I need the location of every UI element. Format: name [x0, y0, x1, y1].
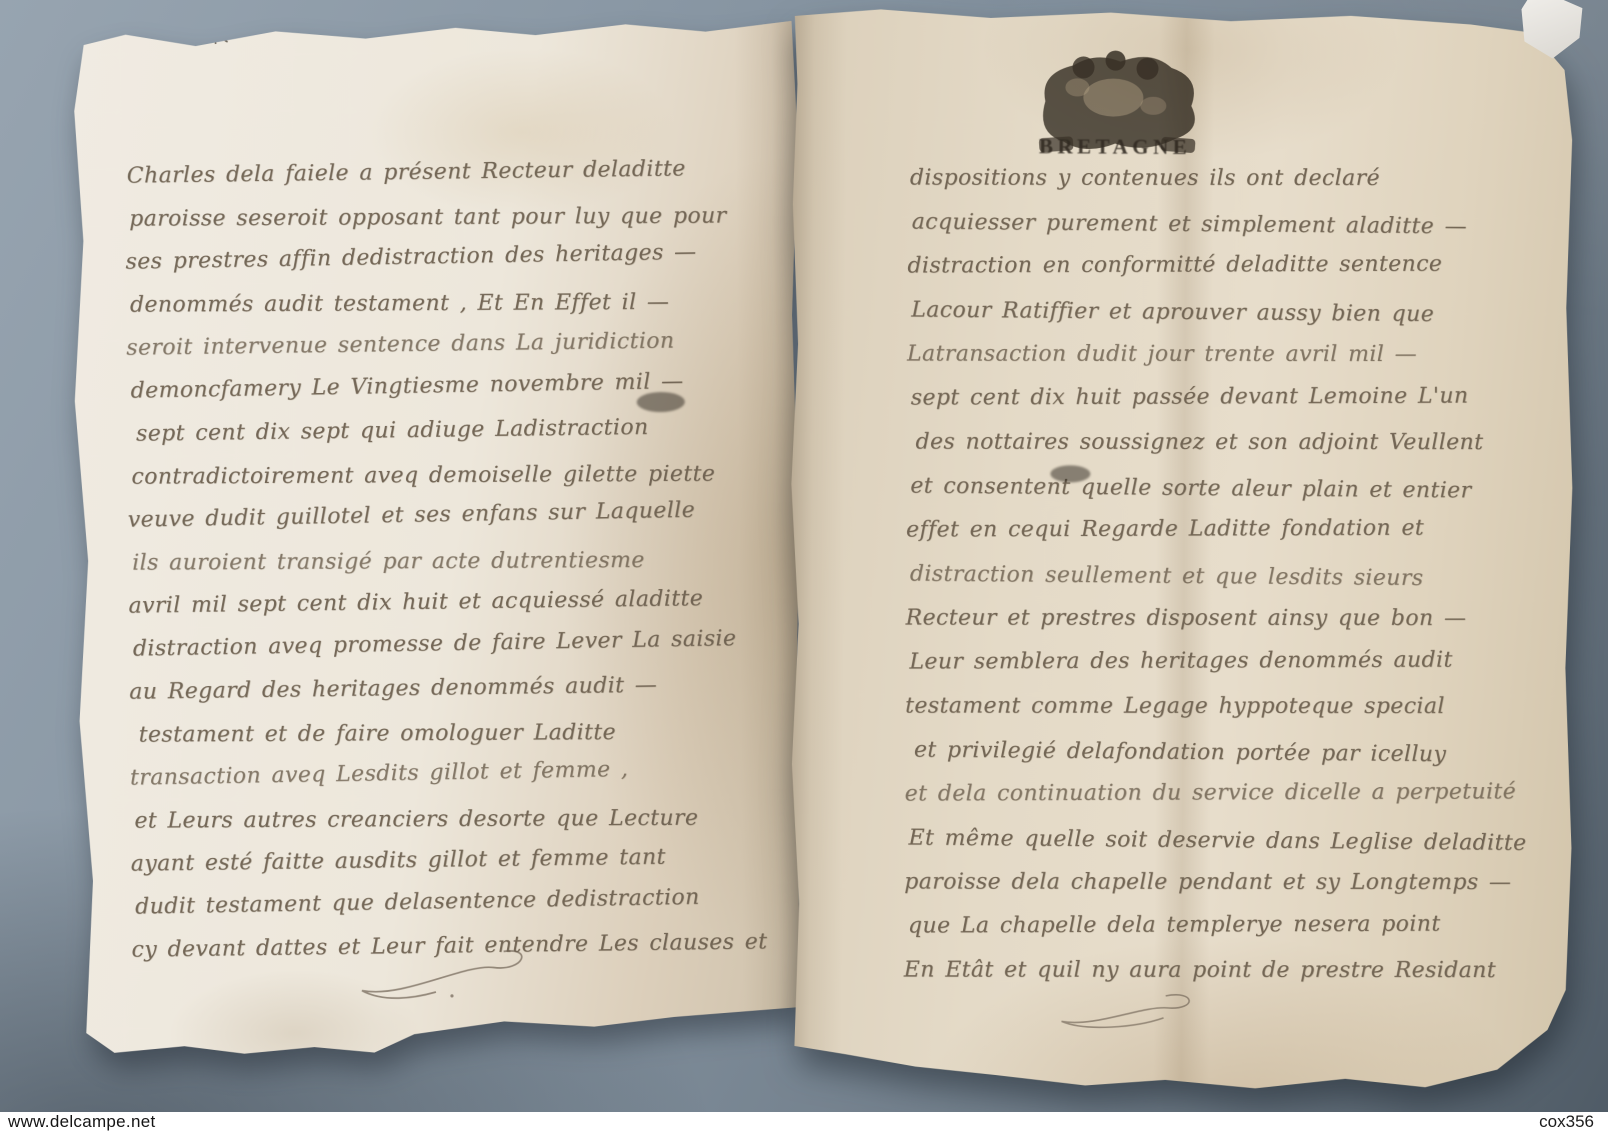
- manuscript-line: Latransaction dudit jour trente avril mi…: [907, 333, 1557, 378]
- right-page-text: dispositions y contenues ils ont declaré…: [904, 157, 1558, 996]
- watermark-cox: cox356: [1539, 1112, 1594, 1131]
- manuscript-line: que La chapelle dela templerye nesera po…: [908, 902, 1554, 948]
- watermark-delcampe: www.delcampe.net: [8, 1112, 155, 1131]
- manuscript-line: sept cent dix sept qui adiuge Ladistract…: [136, 404, 778, 455]
- manuscript-line: Leur semblera des heritages denommés aud…: [909, 638, 1555, 684]
- watermark-bar: www.delcampe.net cox356: [0, 1112, 1608, 1131]
- manuscript-left-page: Charles dela faiele a présent Recteur de…: [65, 15, 809, 1066]
- manuscript-line: Lacour Ratiffier et aprouver aussy bien …: [911, 289, 1557, 339]
- manuscript-line: dispositions y contenues ils ont declaré: [910, 157, 1558, 202]
- paraph-flourish: [1045, 987, 1275, 1048]
- manuscript-line: distraction en conformitté deladitte sen…: [907, 242, 1557, 288]
- manuscript-line: paroisse dela chapelle pendant et sy Lon…: [904, 861, 1554, 906]
- manuscript-line: sept cent dix huit passée devant Lemoine…: [911, 374, 1557, 420]
- ink-mark: [212, 26, 234, 48]
- photo-scene: Charles dela faiele a présent Recteur de…: [0, 0, 1608, 1131]
- manuscript-line: distraction seullement et que lesdits si…: [910, 553, 1556, 603]
- right-page-paper: BRETAGNE dispositions y contenues ils on…: [785, 4, 1591, 1100]
- manuscript-line: En Etât et quil ny aura point de prestre…: [904, 949, 1554, 994]
- manuscript-line: Et même quelle soit deservie dans Leglis…: [908, 817, 1554, 867]
- manuscript-line: testament comme Legage hyppoteque specia…: [905, 685, 1555, 730]
- manuscript-line: cy devant dattes et Leur fait entendre L…: [131, 920, 782, 972]
- manuscript-line: Charles dela faiele a présent Recteur de…: [127, 146, 776, 197]
- manuscript-line: des nottaires soussignez et son adjoint …: [916, 421, 1557, 466]
- left-page-text: Charles dela faiele a présent Recteur de…: [125, 149, 782, 972]
- manuscript-line: Recteur et prestres disposent ainsy que …: [906, 597, 1556, 642]
- ink-blot: [1050, 465, 1090, 482]
- manuscript-line: au Regard des heritages denommés audit —: [129, 662, 780, 714]
- stamp-label: BRETAGNE: [1039, 134, 1191, 159]
- manuscript-right-page: BRETAGNE dispositions y contenues ils on…: [785, 4, 1591, 1100]
- manuscript-line: et dela continuation du service dicelle …: [905, 770, 1555, 816]
- left-page-paper: Charles dela faiele a présent Recteur de…: [65, 15, 809, 1066]
- manuscript-line: effet en cequi Regarde Laditte fondation…: [906, 506, 1556, 552]
